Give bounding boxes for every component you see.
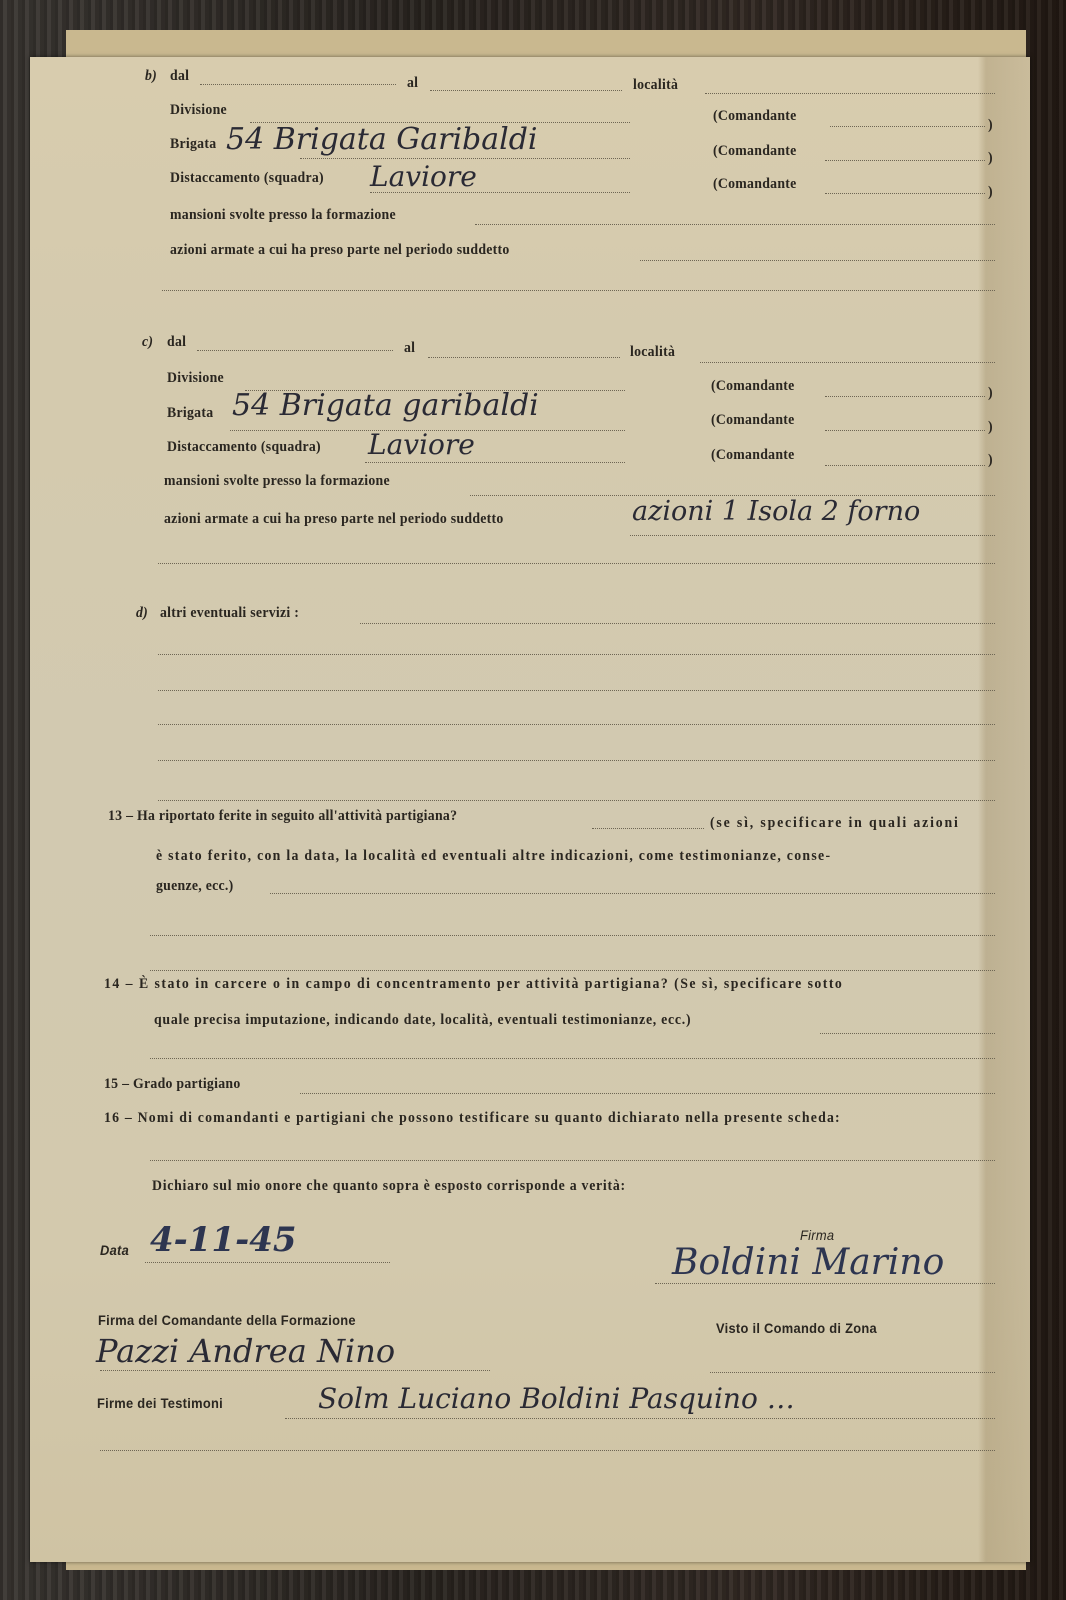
declaration-text: Dichiaro sul mio onore che quanto sopra … — [152, 1178, 626, 1195]
visto-comando-zona-field[interactable] — [710, 1372, 995, 1373]
b-distaccamento-label: Distaccamento (squadra) — [170, 170, 324, 187]
q14-field-1[interactable] — [820, 1033, 995, 1034]
q16-field[interactable] — [150, 1160, 995, 1161]
c-azioni-value: azioni 1 Isola 2 forno — [632, 496, 920, 527]
q14-line2: quale precisa imputazione, indicando dat… — [154, 1012, 691, 1029]
c-distaccamento-field[interactable] — [365, 462, 625, 463]
d-field-3[interactable] — [158, 690, 995, 691]
b-paren-1: ) — [988, 117, 993, 134]
b-mansioni-label: mansioni svolte presso la formazione — [170, 207, 396, 224]
q13-line3: guenze, ecc.) — [156, 878, 234, 895]
c-localita-label: località — [630, 344, 675, 361]
data-value: 4-11-45 — [150, 1220, 297, 1260]
b-divisione-label: Divisione — [170, 102, 227, 119]
b-comandante-field-3[interactable] — [825, 193, 985, 194]
q13-field-3[interactable] — [150, 970, 995, 971]
d-field-4[interactable] — [158, 724, 995, 725]
testimoni-signatures: Solm Luciano Boldini Pasquino … — [318, 1382, 795, 1415]
c-comandante-label-3: (Comandante — [711, 447, 795, 464]
q14-field-2[interactable] — [150, 1058, 995, 1059]
q13-field-2[interactable] — [150, 935, 995, 936]
b-comandante-label-2: (Comandante — [713, 143, 797, 160]
b-comandante-label-3: (Comandante — [713, 176, 797, 193]
c-paren-1: ) — [988, 385, 993, 402]
b-localita-label: località — [633, 77, 678, 94]
b-distaccamento-value: Laviore — [370, 160, 477, 193]
b-azioni-label: azioni armate a cui ha preso parte nel p… — [170, 242, 510, 259]
d-field-1[interactable] — [360, 623, 995, 624]
b-brigata-label: Brigata — [170, 136, 216, 153]
d-field-6[interactable] — [158, 800, 995, 801]
b-distaccamento-field[interactable] — [370, 192, 630, 193]
c-azioni-label: azioni armate a cui ha preso parte nel p… — [164, 511, 504, 528]
c-comandante-field-1[interactable] — [825, 396, 985, 397]
testimoni-label: Firme dei Testimoni — [97, 1395, 223, 1411]
c-distaccamento-label: Distaccamento (squadra) — [167, 439, 321, 456]
c-paren-3: ) — [988, 452, 993, 469]
data-field[interactable] — [145, 1262, 390, 1263]
b-brigata-value: 54 Brigata Garibaldi — [226, 122, 538, 157]
testimoni-field-2[interactable] — [100, 1450, 995, 1451]
b-al-field[interactable] — [430, 90, 622, 91]
b-azioni-field[interactable] — [640, 260, 995, 261]
comandante-formazione-field[interactable] — [100, 1370, 490, 1371]
c-comandante-field-3[interactable] — [825, 465, 985, 466]
data-label: Data — [100, 1242, 129, 1258]
visto-comando-zona-label: Visto il Comando di Zona — [716, 1320, 877, 1336]
c-al-field[interactable] — [428, 357, 620, 358]
c-brigata-value: 54 Brigata garibaldi — [232, 388, 539, 423]
q14-line1: 14 – È stato in carcere o in campo di co… — [104, 976, 843, 993]
b-comandante-field-2[interactable] — [825, 160, 985, 161]
section-c-marker: c) — [142, 334, 153, 351]
section-d-marker: d) — [136, 605, 148, 622]
b-azioni-field-2[interactable] — [162, 290, 995, 291]
c-distaccamento-value: Laviore — [368, 428, 475, 461]
testimoni-field-1[interactable] — [285, 1418, 995, 1419]
c-azioni-field-2[interactable] — [158, 563, 995, 564]
b-paren-2: ) — [988, 150, 993, 167]
firma-label: Firma — [800, 1227, 834, 1243]
q13-line2: è stato ferito, con la data, la località… — [156, 848, 831, 865]
q15-field[interactable] — [300, 1093, 995, 1094]
c-divisione-label: Divisione — [167, 370, 224, 387]
b-comandante-field-1[interactable] — [830, 126, 985, 127]
c-azioni-field[interactable] — [630, 535, 995, 536]
b-paren-3: ) — [988, 184, 993, 201]
q13-answer-field[interactable] — [592, 828, 704, 829]
c-comandante-label-1: (Comandante — [711, 378, 795, 395]
d-field-5[interactable] — [158, 760, 995, 761]
b-dal-label: dal — [170, 68, 189, 85]
b-brigata-field[interactable] — [300, 158, 630, 159]
b-dal-field[interactable] — [200, 84, 396, 85]
b-al-label: al — [407, 75, 418, 92]
q13-line1: 13 – Ha riportato ferite in seguito all'… — [108, 808, 457, 825]
c-paren-2: ) — [988, 419, 993, 436]
b-localita-field[interactable] — [705, 93, 995, 94]
comandante-formazione-signature: Pazzi Andrea Nino — [96, 1332, 395, 1370]
c-al-label: al — [404, 340, 415, 357]
c-localita-field[interactable] — [700, 362, 995, 363]
q16-label: 16 – Nomi di comandanti e partigiani che… — [104, 1110, 841, 1127]
b-comandante-label-1: (Comandante — [713, 108, 797, 125]
b-mansioni-field[interactable] — [475, 224, 995, 225]
c-comandante-field-2[interactable] — [825, 430, 985, 431]
firma-signature: Boldini Marino — [672, 1242, 944, 1283]
c-dal-field[interactable] — [197, 350, 393, 351]
c-comandante-label-2: (Comandante — [711, 412, 795, 429]
q13-line1b: (se sì, specificare in quali azioni — [710, 815, 960, 832]
firma-field[interactable] — [655, 1283, 995, 1284]
d-altri-servizi-label: altri eventuali servizi : — [160, 605, 344, 622]
q13-field-1[interactable] — [270, 893, 995, 894]
c-dal-label: dal — [167, 334, 186, 351]
q15-label: 15 – Grado partigiano — [104, 1076, 241, 1093]
section-b-marker: b) — [145, 68, 157, 85]
d-field-2[interactable] — [158, 654, 995, 655]
c-mansioni-label: mansioni svolte presso la formazione — [164, 473, 390, 490]
comandante-formazione-label: Firma del Comandante della Formazione — [98, 1312, 356, 1328]
c-brigata-label: Brigata — [167, 405, 213, 422]
